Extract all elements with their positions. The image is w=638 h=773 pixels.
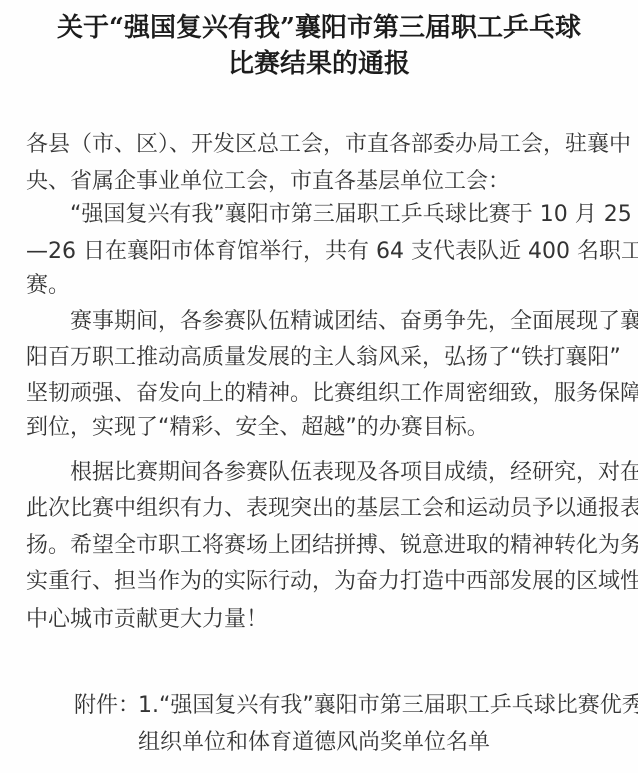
paragraph-3-line-5: 中心城市贡献更大力量！ bbox=[26, 606, 616, 634]
document-title-line-2: 比赛结果的通报 bbox=[0, 49, 638, 79]
attachment-item-1-line-2: 组织单位和体育道德风尚奖单位名单 bbox=[138, 729, 490, 757]
paragraph-1-line-3: 赛。 bbox=[26, 272, 616, 300]
attachment-item-1-line-1: 1.“强国复兴有我”襄阳市第三届职工乒乓球比赛优秀 bbox=[138, 692, 616, 720]
paragraph-1-line-2: —26 日在襄阳市体育馆举行，共有 64 支代表队近 400 名职工参 bbox=[26, 238, 616, 266]
paragraph-2-line-2: 阳百万职工推动高质量发展的主人翁风采，弘扬了“铁打襄阳” bbox=[26, 344, 616, 372]
addressee-line-1: 各县（市、区）、开发区总工会，市直各部委办局工会，驻襄中 bbox=[26, 131, 616, 159]
document-title-line-1: 关于“强国复兴有我”襄阳市第三届职工乒乓球 bbox=[0, 13, 638, 43]
paragraph-2-line-4: 到位，实现了“精彩、安全、超越”的办赛目标。 bbox=[26, 414, 616, 442]
paragraph-2-line-3: 坚韧顽强、奋发向上的精神。比赛组织工作周密细致，服务保障 bbox=[26, 380, 616, 408]
paragraph-3-line-1: 根据比赛期间各参赛队伍表现及各项目成绩，经研究，对在 bbox=[70, 459, 616, 487]
attachment-label: 附件： bbox=[74, 692, 140, 720]
paragraph-3-line-2: 此次比赛中组织有力、表现突出的基层工会和运动员予以通报表 bbox=[26, 495, 616, 523]
paragraph-1-line-1: “强国复兴有我”襄阳市第三届职工乒乓球比赛于 10 月 25 日 bbox=[70, 201, 616, 229]
addressee-line-2: 央、省属企事业单位工会，市直各基层单位工会： bbox=[26, 168, 616, 196]
document-page: 关于“强国复兴有我”襄阳市第三届职工乒乓球 比赛结果的通报 各县（市、区）、开发… bbox=[0, 0, 638, 773]
paragraph-2-line-1: 赛事期间，各参赛队伍精诚团结、奋勇争先，全面展现了襄 bbox=[70, 308, 616, 336]
paragraph-3-line-3: 扬。希望全市职工将赛场上团结拼搏、锐意进取的精神转化为务 bbox=[26, 532, 616, 560]
paragraph-3-line-4: 实重行、担当作为的实际行动，为奋力打造中西部发展的区域性 bbox=[26, 568, 616, 596]
